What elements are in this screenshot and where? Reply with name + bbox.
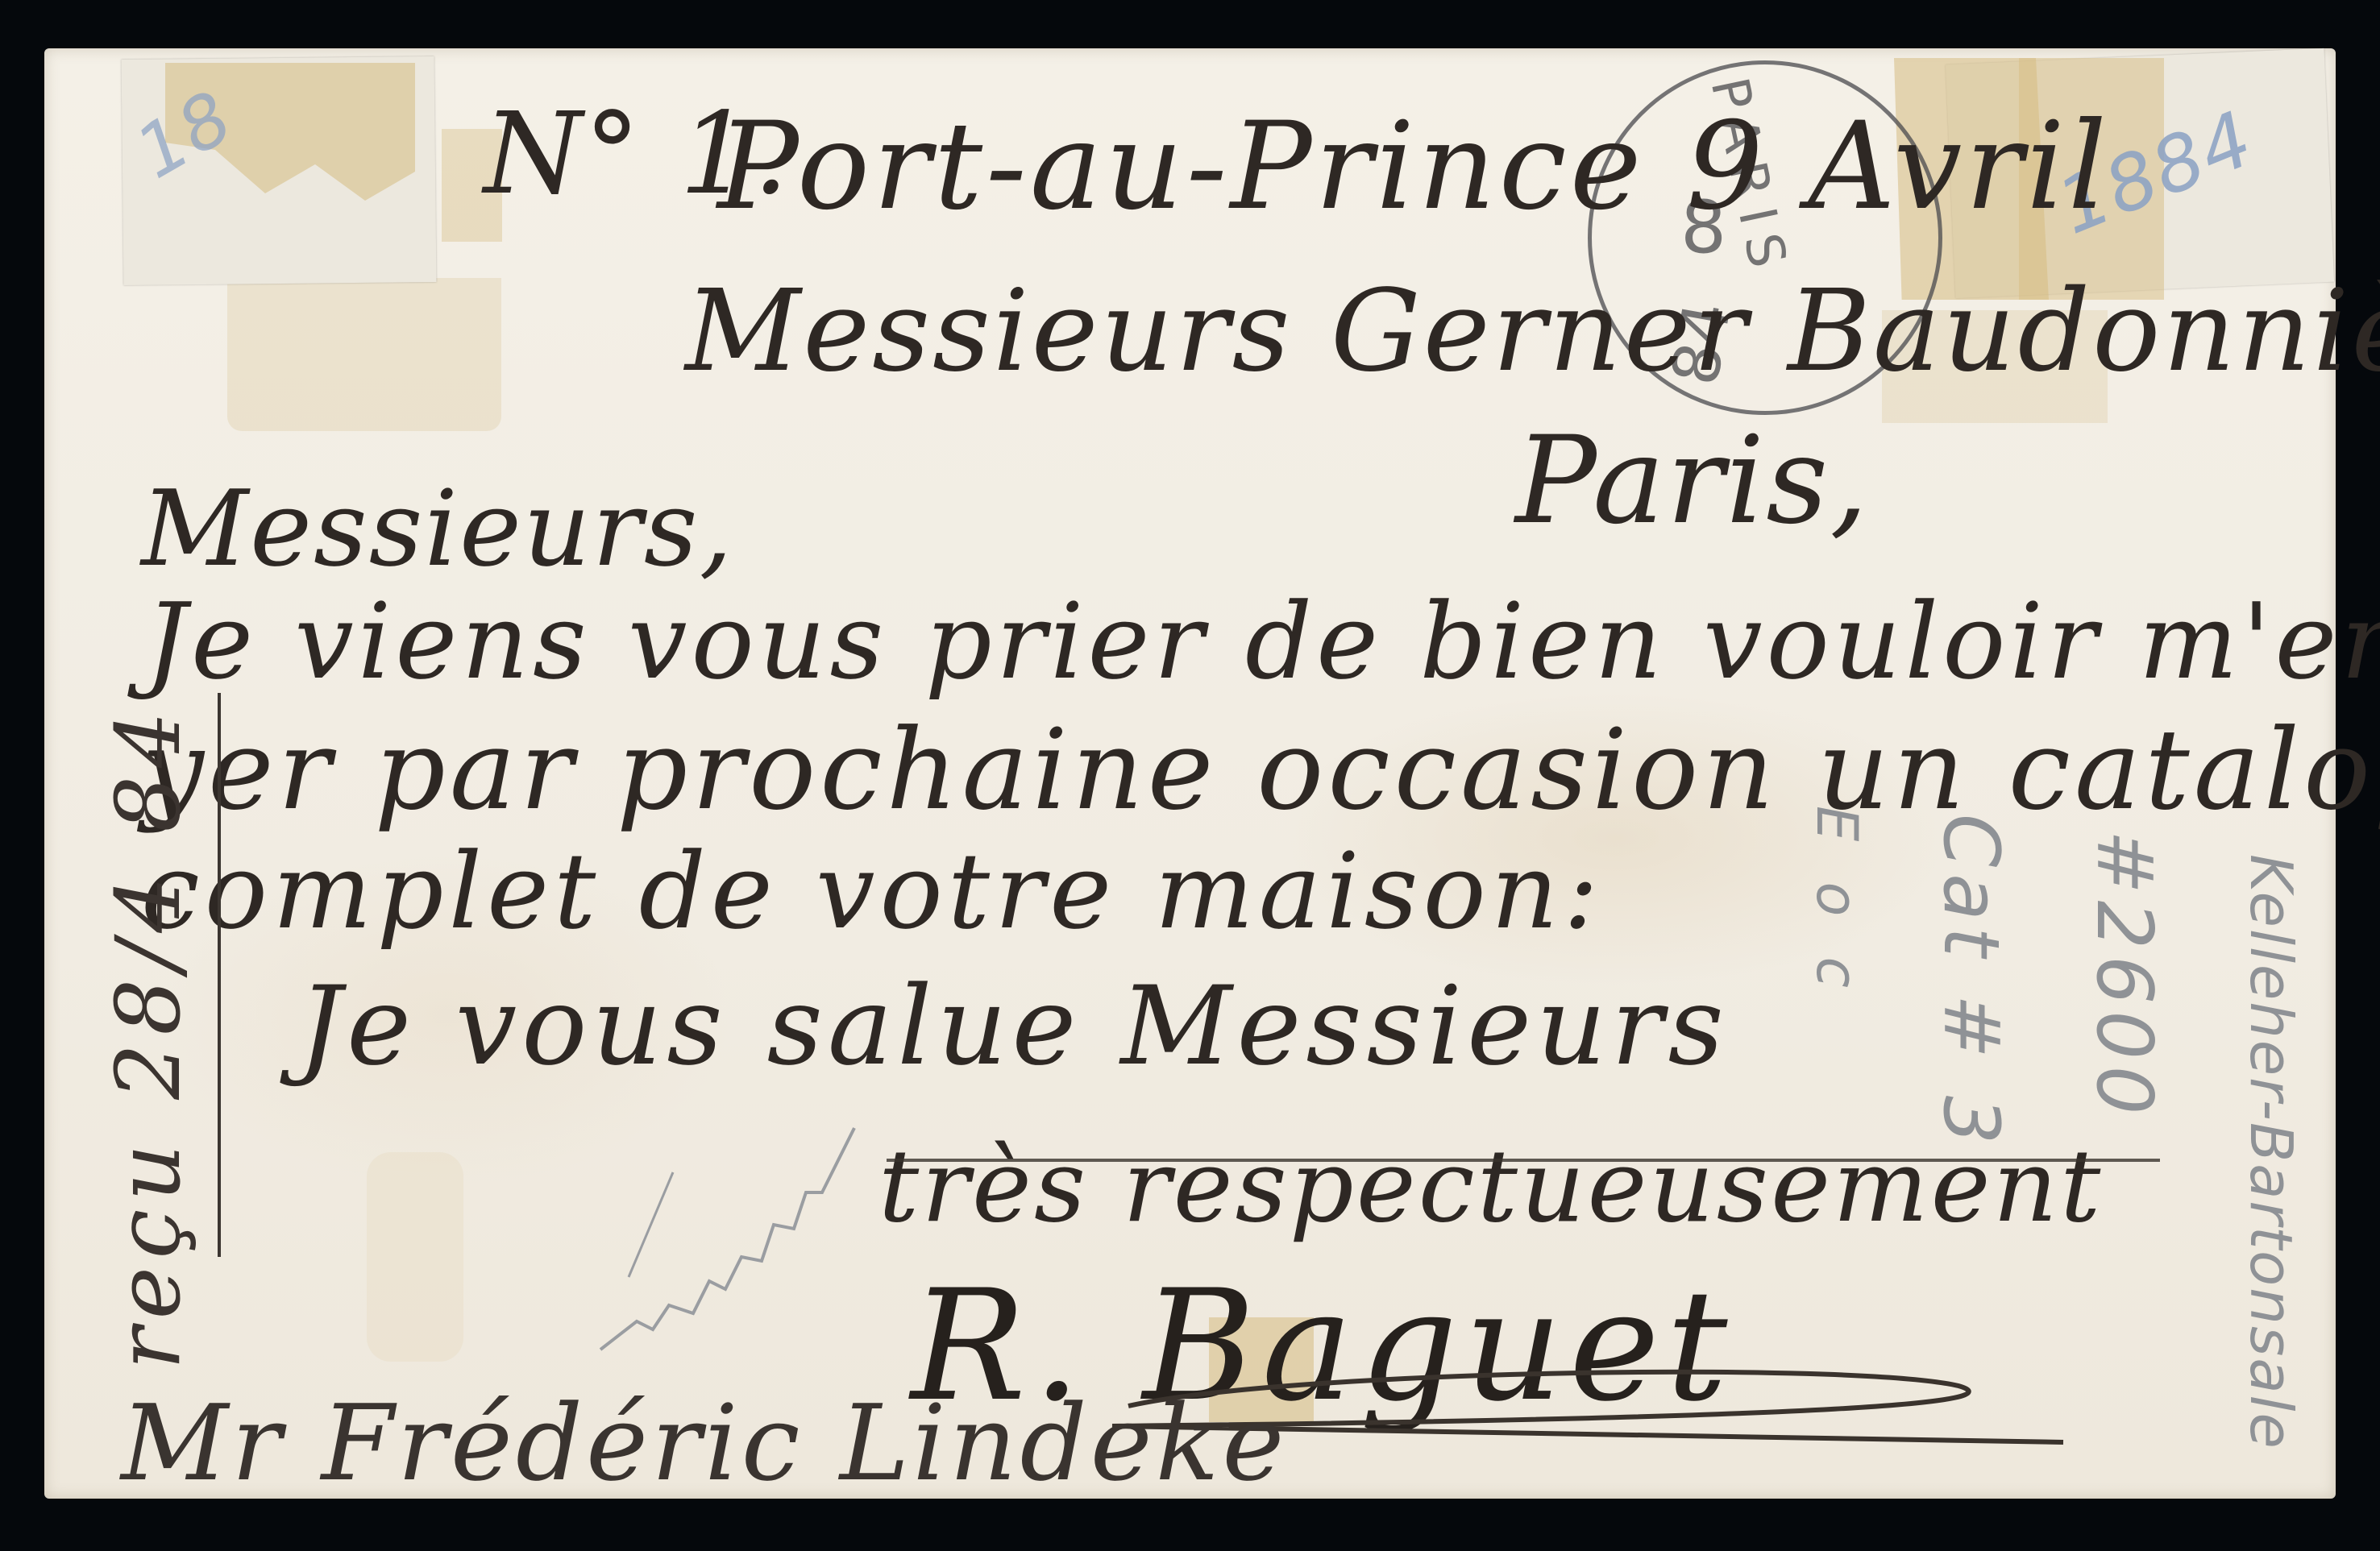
pencil-squiggle — [0, 0, 2380, 1551]
